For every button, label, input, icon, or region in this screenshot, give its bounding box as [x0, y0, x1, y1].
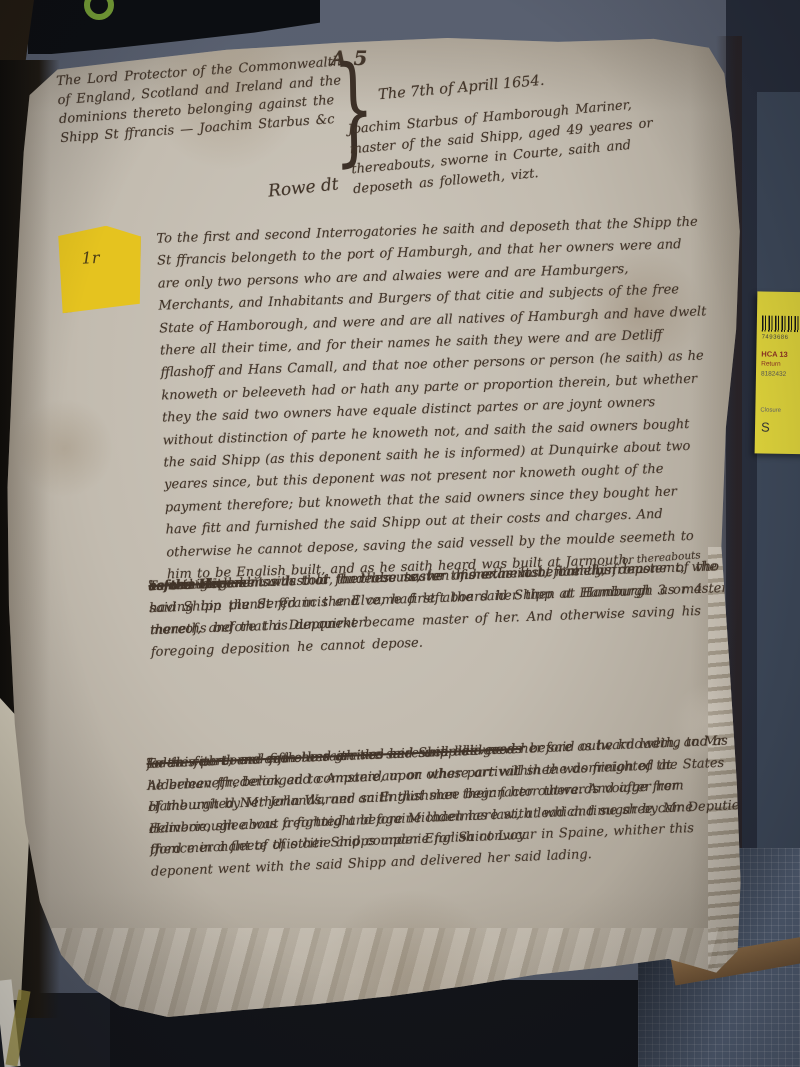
folio-sticky-note: 1r — [55, 225, 144, 314]
catalogue-reference: HCA 13 — [761, 349, 788, 358]
archive-barcode-label: M 7493686 HCA 13 Return 8182432 Closure … — [755, 291, 800, 454]
barcode-number: 7493686 — [762, 334, 789, 340]
paragraph-1-text: To the first and second Interrogatories … — [156, 211, 715, 587]
dark-equipment-object — [28, 0, 320, 54]
return-line: Return — [761, 360, 781, 367]
archive-photograph: A 5 The Lord Protector of the Commonweal… — [0, 0, 800, 1067]
closure-line: Closure — [760, 407, 781, 413]
folio-number: 1r — [81, 248, 99, 268]
table-edge-band — [757, 92, 800, 877]
barcode — [762, 315, 800, 332]
paragraph-3-text: for this port, and came and arrived here… — [146, 730, 743, 883]
order-number: 8182432 — [761, 370, 786, 377]
manuscript-page: A 5 The Lord Protector of the Commonweal… — [6, 34, 742, 1020]
series-letter: S — [761, 419, 770, 434]
